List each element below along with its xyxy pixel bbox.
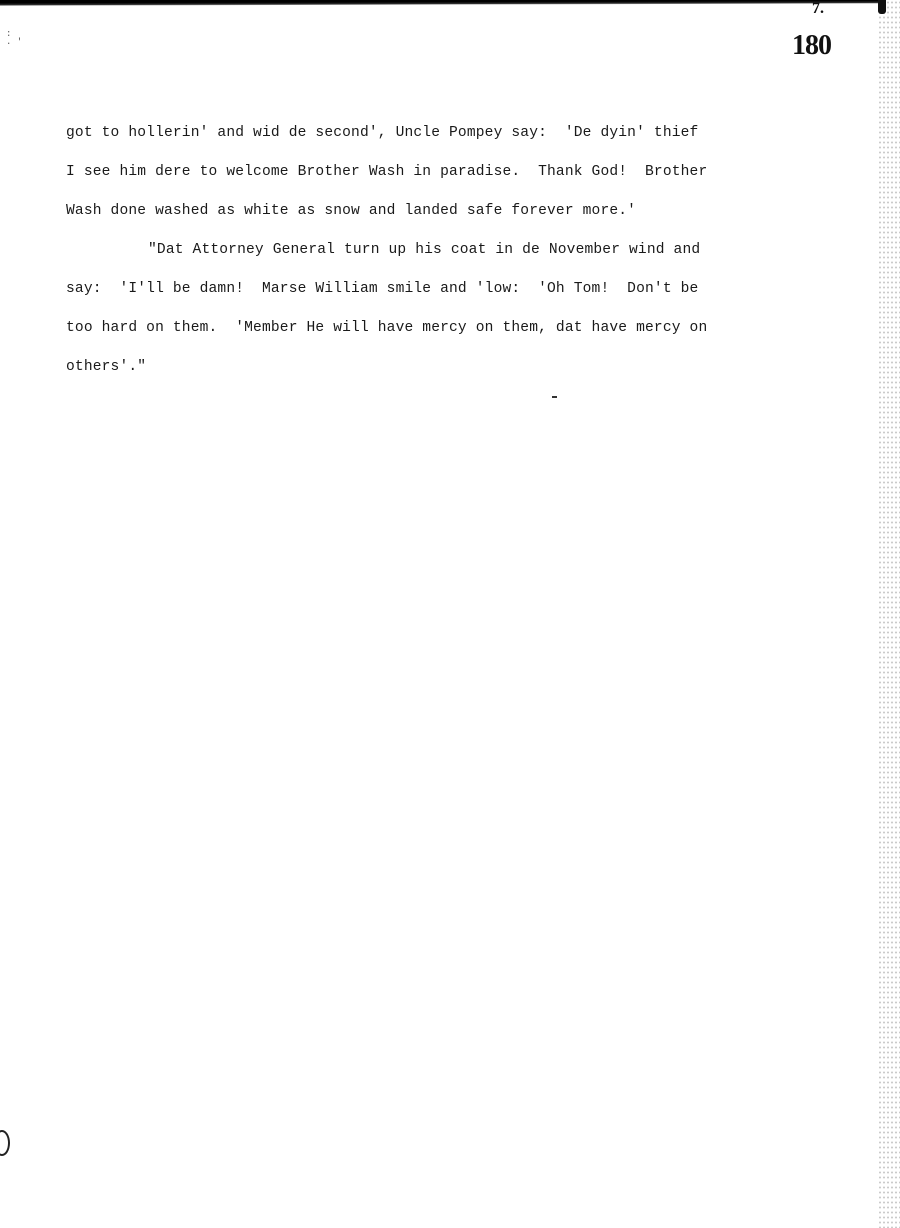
text-line-paragraph-start: "Dat Attorney General turn up his coat i… bbox=[66, 231, 786, 270]
text-line: I see him dere to welcome Brother Wash i… bbox=[66, 153, 786, 192]
scan-right-edge bbox=[878, 0, 900, 1228]
scan-left-marks: :. ' bbox=[6, 30, 26, 60]
scan-corner-mark bbox=[878, 0, 886, 14]
text-line: others'." bbox=[66, 348, 786, 387]
text-line: Wash done washed as white as snow and la… bbox=[66, 192, 786, 231]
scan-top-edge bbox=[0, 0, 880, 6]
stamped-page-number: 180 bbox=[792, 30, 831, 62]
scan-speck bbox=[552, 396, 557, 398]
text-line: say: 'I'll be damn! Marse William smile … bbox=[66, 270, 786, 309]
page-number: 7. bbox=[812, 0, 824, 18]
punch-hole-mark bbox=[0, 1130, 10, 1156]
text-line: got to hollerin' and wid de second', Unc… bbox=[66, 114, 786, 153]
text-line: too hard on them. 'Member He will have m… bbox=[66, 309, 786, 348]
typewritten-body: got to hollerin' and wid de second', Unc… bbox=[66, 114, 786, 387]
